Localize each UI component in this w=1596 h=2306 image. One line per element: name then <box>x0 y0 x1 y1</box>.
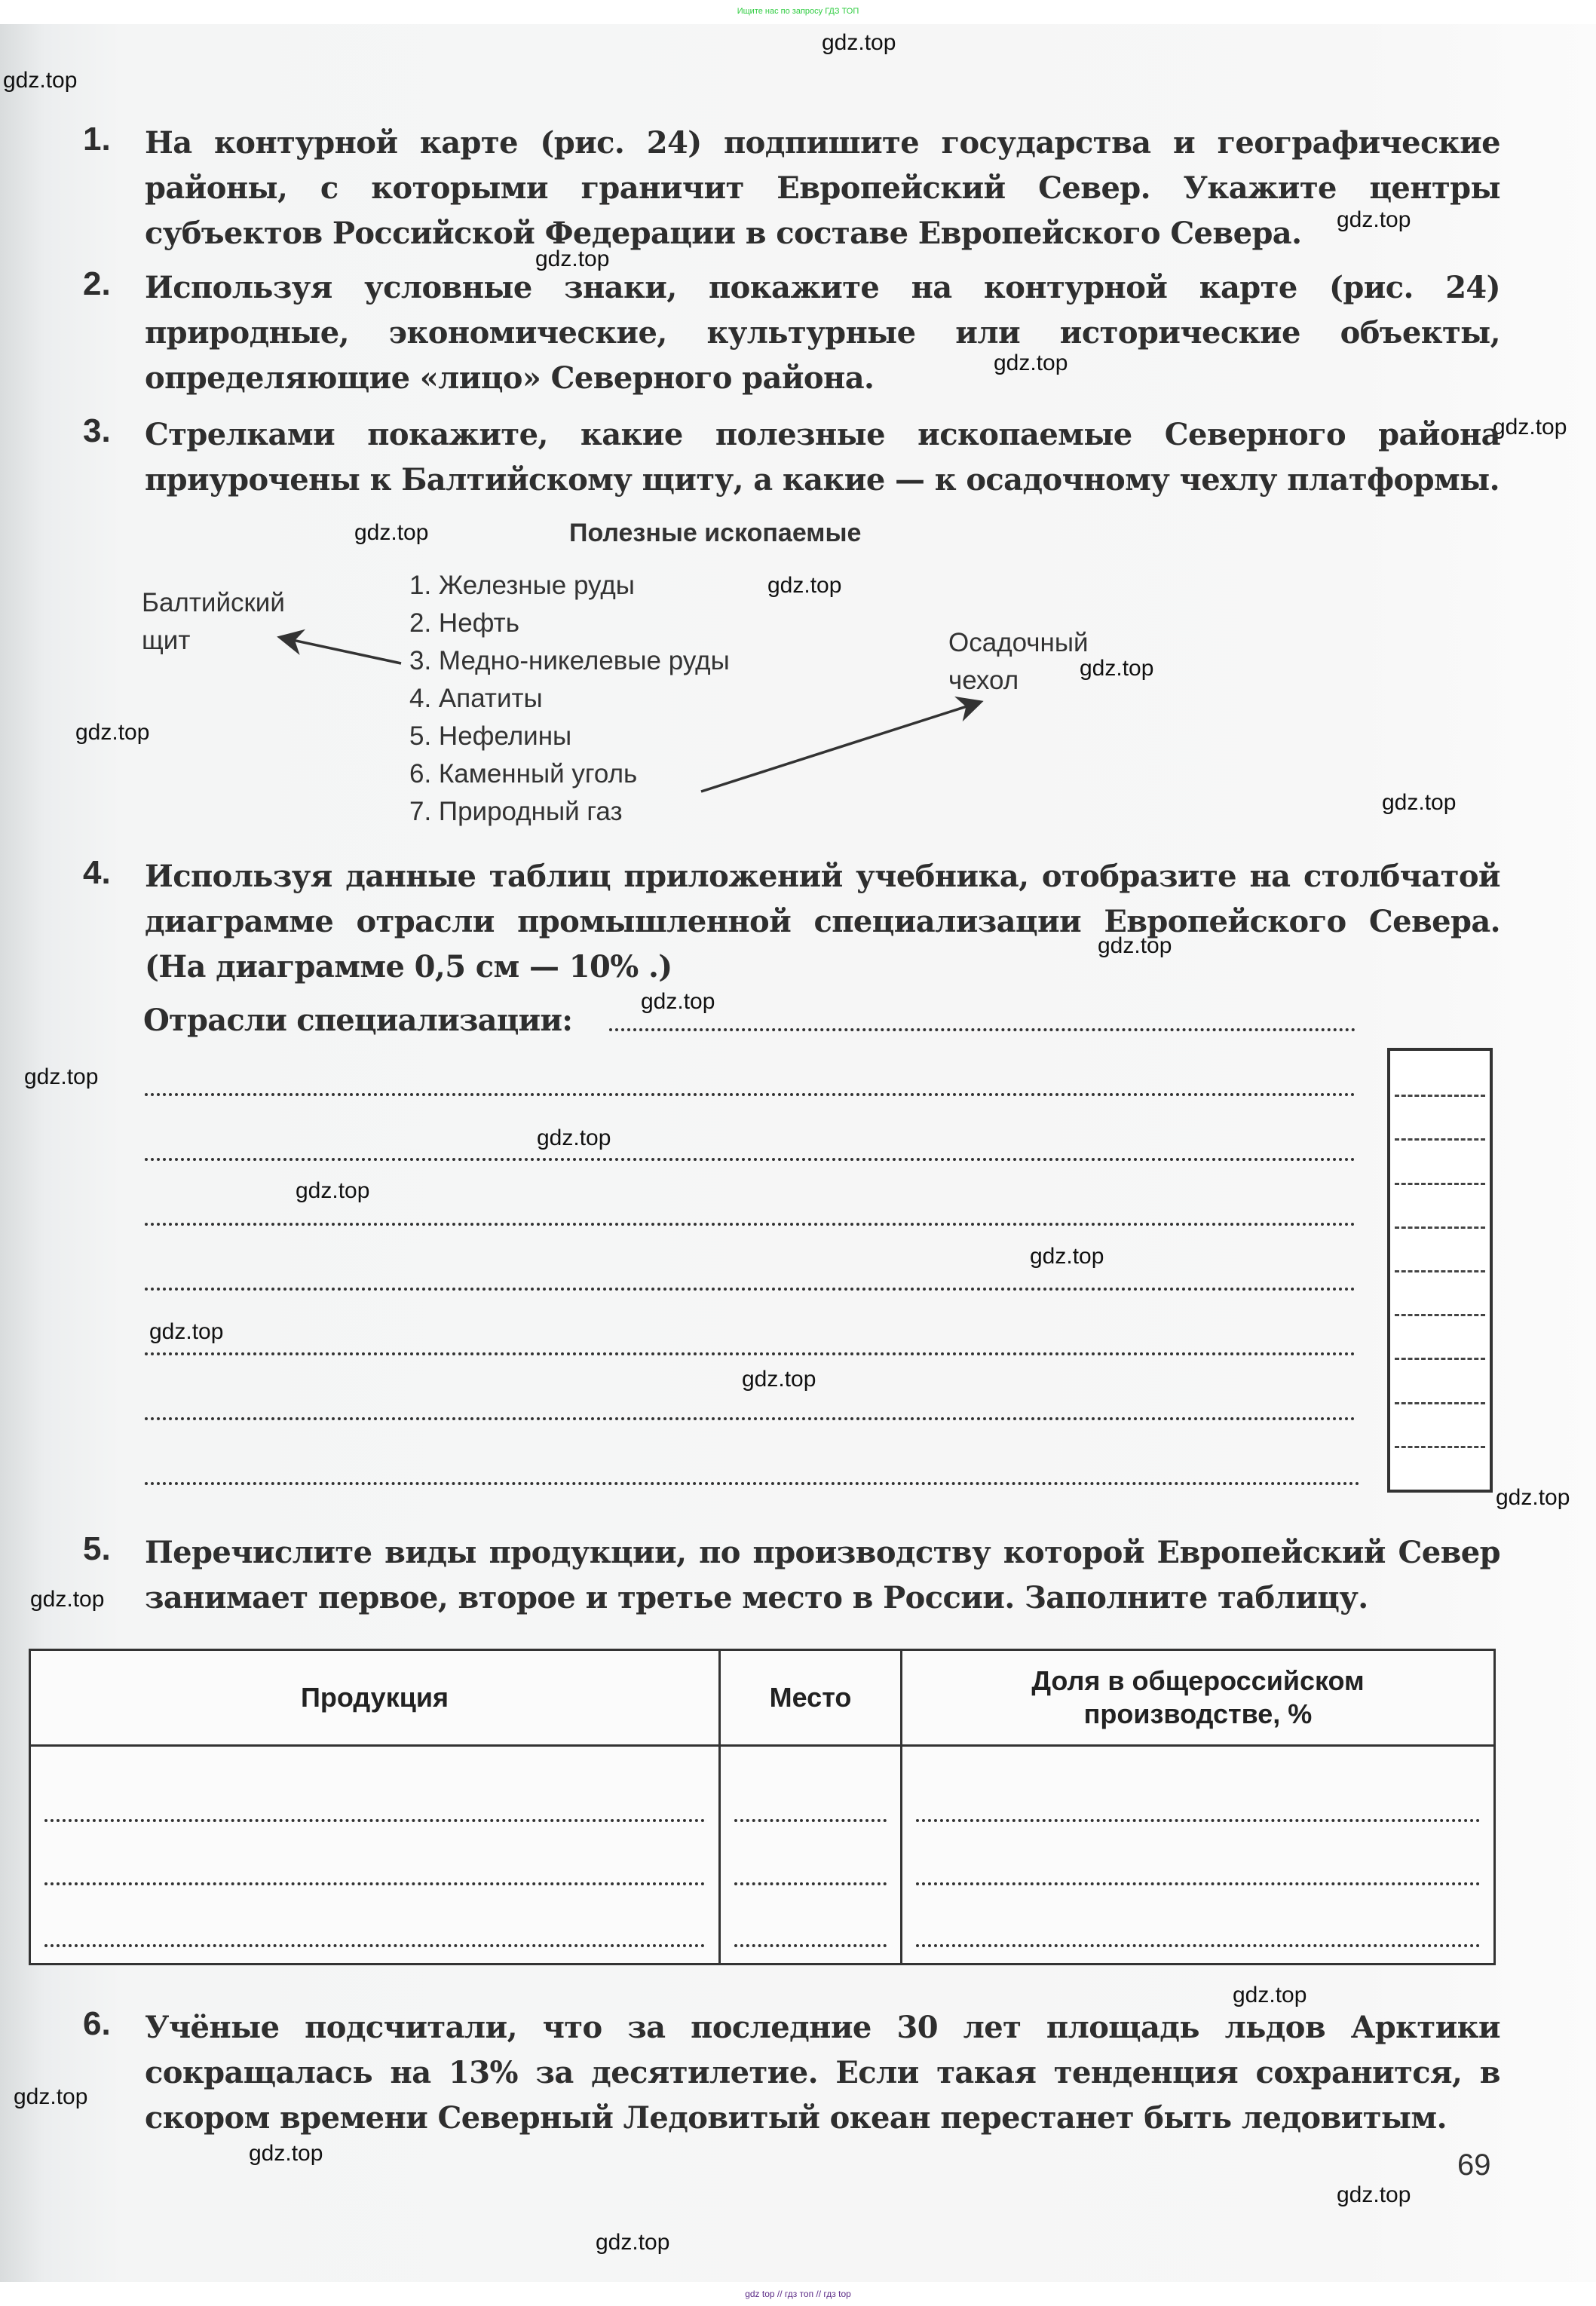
label-line: чехол <box>948 662 1089 700</box>
label-line: Балтийский <box>142 584 285 622</box>
header-share: Доля в общероссийском производстве, % <box>902 1650 1495 1746</box>
answer-line[interactable] <box>44 1944 705 1947</box>
task-number: 1. <box>83 121 111 158</box>
sedimentary-cover-label: Осадочный чехол <box>948 624 1089 700</box>
answer-line[interactable] <box>916 1819 1480 1822</box>
watermark: gdz.top <box>596 2230 669 2255</box>
task-number: 5. <box>83 1530 111 1568</box>
watermark: gdz.top <box>1233 1983 1307 2008</box>
chart-division-line <box>1395 1270 1485 1272</box>
watermark: gdz.top <box>641 989 715 1015</box>
mineral-item: 5. Нефелины <box>409 718 730 755</box>
mineral-list: 1. Железные руды 2. Нефть 3. Медно-никел… <box>409 567 730 831</box>
place-cell[interactable] <box>720 1746 902 1965</box>
header-place: Место <box>720 1650 902 1746</box>
production-table: Продукция Место Доля в общероссийском пр… <box>29 1649 1496 1965</box>
task-2: 2. Используя условные знаки, покажите на… <box>83 265 1500 401</box>
watermark: gdz.top <box>1493 415 1567 440</box>
watermark: gdz.top <box>354 520 428 546</box>
mineral-item: 6. Каменный уголь <box>409 755 730 793</box>
chart-division-line <box>1395 1095 1485 1097</box>
watermark: gdz.top <box>3 68 77 93</box>
mineral-item: 1. Железные руды <box>409 567 730 605</box>
answer-line[interactable] <box>145 1352 1356 1355</box>
label-line: щит <box>142 622 285 660</box>
chart-division-line <box>1395 1138 1485 1141</box>
answer-line[interactable] <box>145 1093 1356 1096</box>
sectors-label: Отрасли специализации: <box>143 1003 572 1038</box>
watermark: gdz.top <box>1337 2182 1411 2208</box>
task-text: Стрелками покажите, какие полезные ископ… <box>145 412 1500 503</box>
answer-line[interactable] <box>734 1819 887 1822</box>
header-share-text: Доля в общероссийском производстве, % <box>1002 1664 1394 1731</box>
watermark: gdz.top <box>149 1319 223 1345</box>
answer-line[interactable] <box>734 1882 887 1885</box>
answer-line[interactable] <box>145 1417 1356 1420</box>
task-text: Учёные подсчитали, что за последние 30 л… <box>145 2005 1500 2141</box>
watermark: gdz.top <box>1080 656 1153 681</box>
minerals-title: Полезные ископаемые <box>569 519 861 548</box>
task-3: 3. Стрелками покажите, какие полезные ис… <box>83 412 1500 503</box>
watermark: gdz.top <box>742 1367 816 1392</box>
chart-division-line <box>1395 1358 1485 1360</box>
mineral-item: 7. Природный газ <box>409 793 730 831</box>
mineral-item: 4. Апатиты <box>409 680 730 718</box>
watermark: gdz.top <box>75 720 149 746</box>
watermark: gdz.top <box>1496 1485 1570 1511</box>
chart-division-line <box>1395 1226 1485 1229</box>
task-5: 5. Перечислите виды продукции, по произв… <box>83 1530 1500 1628</box>
answer-line[interactable] <box>916 1882 1480 1885</box>
bar-chart-box[interactable] <box>1387 1048 1493 1493</box>
task-4: 4. Используя данные таблиц приложений уч… <box>83 854 1500 990</box>
task-number: 6. <box>83 2005 111 2043</box>
page-number: 69 <box>1457 2148 1491 2182</box>
answer-line[interactable] <box>734 1944 887 1947</box>
watermark: gdz.top <box>767 573 841 599</box>
share-cell[interactable] <box>902 1746 1495 1965</box>
answer-line[interactable] <box>145 1158 1356 1161</box>
task-text: Используя данные таблиц приложений учебн… <box>145 854 1500 990</box>
watermark: gdz.top <box>24 1064 98 1090</box>
answer-line[interactable] <box>44 1819 705 1822</box>
task-number: 3. <box>83 412 111 450</box>
chart-division-line <box>1395 1446 1485 1448</box>
task-number: 2. <box>83 265 111 303</box>
chart-division-line <box>1395 1402 1485 1404</box>
watermark: gdz.top <box>537 1125 611 1151</box>
product-cell[interactable] <box>30 1746 720 1965</box>
answer-line[interactable] <box>145 1288 1356 1291</box>
answer-line[interactable] <box>609 1028 1356 1031</box>
answer-line[interactable] <box>145 1223 1356 1226</box>
top-banner: Ищите нас по запросу ГДЗ ТОП <box>0 0 1596 24</box>
task-6: 6. Учёные подсчитали, что за последние 3… <box>83 2005 1500 2148</box>
mineral-item: 2. Нефть <box>409 605 730 642</box>
chart-division-line <box>1395 1314 1485 1316</box>
answer-line[interactable] <box>916 1944 1480 1947</box>
watermark: gdz.top <box>14 2084 87 2110</box>
task-text: Перечислите виды продукции, по производс… <box>145 1530 1500 1621</box>
chart-division-line <box>1395 1183 1485 1185</box>
mineral-item: 3. Медно-никелевые руды <box>409 642 730 680</box>
task-number: 4. <box>83 854 111 892</box>
task-1: 1. На контурной карте (рис. 24) подпишит… <box>83 121 1500 256</box>
watermark: gdz.top <box>296 1178 369 1204</box>
label-line: Осадочный <box>948 624 1089 662</box>
baltic-shield-label: Балтийский щит <box>142 584 285 660</box>
watermark: gdz.top <box>1382 790 1456 816</box>
answer-line[interactable] <box>145 1482 1360 1485</box>
task-text: На контурной карте (рис. 24) подпишите г… <box>145 121 1500 256</box>
header-product: Продукция <box>30 1650 720 1746</box>
watermark: gdz.top <box>1030 1244 1104 1269</box>
bottom-banner: gdz top // гдз топ // гдз top <box>0 2282 1596 2306</box>
watermark: gdz.top <box>822 30 896 56</box>
task-text: Используя условные знаки, покажите на ко… <box>145 265 1500 401</box>
answer-line[interactable] <box>44 1882 705 1885</box>
